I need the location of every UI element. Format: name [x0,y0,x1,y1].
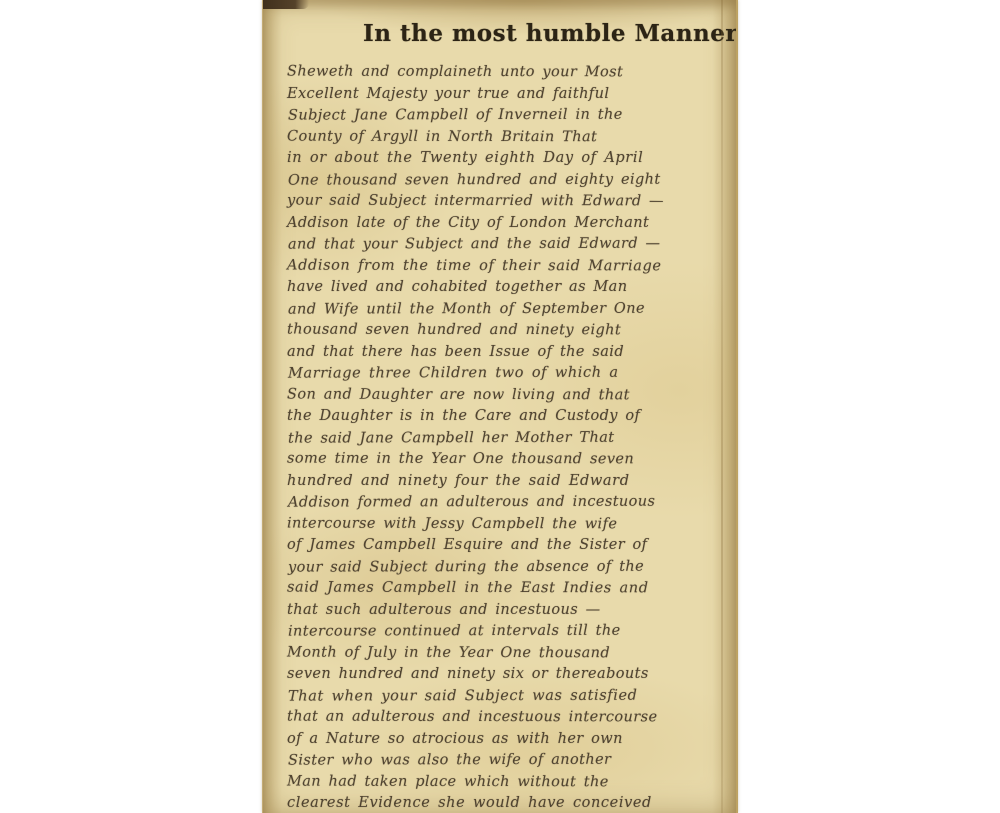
manuscript-line: Excellent Majesty your true and faithful [287,84,726,106]
manuscript-line: and that your Subject and the said Edwar… [288,233,727,256]
manuscript-line: said James Campbell in the East Indies a… [287,578,726,600]
manuscript-line: that such adulterous and incestuous — [287,600,726,622]
manuscript-line: that an adulterous and incestuous interc… [287,707,726,729]
manuscript-page: In the most humble Manner — Sheweth and … [262,0,738,813]
manuscript-line: the Daughter is in the Care and Custody … [287,406,726,428]
paper-torn-edge [263,0,309,9]
manuscript-line: Subject Jane Campbell of Inverneil in th… [288,104,727,127]
manuscript-line: Sister who was also the wife of another [288,749,727,772]
manuscript-line: and Wife until the Month of September On… [288,298,727,321]
manuscript-line: intercourse continued at intervals till … [288,620,727,643]
manuscript-line: That when your said Subject was satisfie… [288,685,727,708]
manuscript-line: some time in the Year One thousand seven [287,449,726,471]
paper-crease [721,0,723,813]
manuscript-line: Marriage three Children two of which a [288,362,727,385]
manuscript-line: and that there has been Issue of the sai… [287,342,726,364]
manuscript-body: Sheweth and complaineth unto your MostEx… [263,48,736,813]
document-canvas: In the most humble Manner — Sheweth and … [0,0,1000,813]
manuscript-line: your said Subject during the absence of … [288,556,727,579]
manuscript-line: clearest Evidence she would have conceiv… [287,793,726,813]
manuscript-line: Son and Daughter are now living and that [287,384,726,406]
manuscript-line: thousand seven hundred and ninety eight [287,320,726,342]
manuscript-line: of a Nature so atrocious as with her own [287,729,726,751]
manuscript-line: in or about the Twenty eighth Day of Apr… [287,148,726,170]
manuscript-line: Addison late of the City of London Merch… [287,213,726,235]
manuscript-title: In the most humble Manner — [263,0,736,48]
manuscript-line: Addison formed an adulterous and incestu… [288,491,727,514]
manuscript-line: seven hundred and ninety six or thereabo… [287,664,726,686]
manuscript-line: Month of July in the Year One thousand [287,642,726,664]
manuscript-line: Man had taken place which without the [287,771,726,793]
manuscript-line: County of Argyll in North Britain That [287,126,726,148]
manuscript-line: One thousand seven hundred and eighty ei… [288,169,727,192]
manuscript-line: intercourse with Jessy Campbell the wife [287,513,726,535]
manuscript-line: your said Subject intermarried with Edwa… [287,191,726,213]
manuscript-line: of James Campbell Esquire and the Sister… [287,535,726,557]
manuscript-line: have lived and cohabited together as Man [287,277,726,299]
manuscript-line: the said Jane Campbell her Mother That [288,427,727,450]
manuscript-line: Sheweth and complaineth unto your Most [287,62,726,84]
manuscript-line: hundred and ninety four the said Edward [287,471,726,493]
manuscript-line: Addison from the time of their said Marr… [287,255,726,277]
